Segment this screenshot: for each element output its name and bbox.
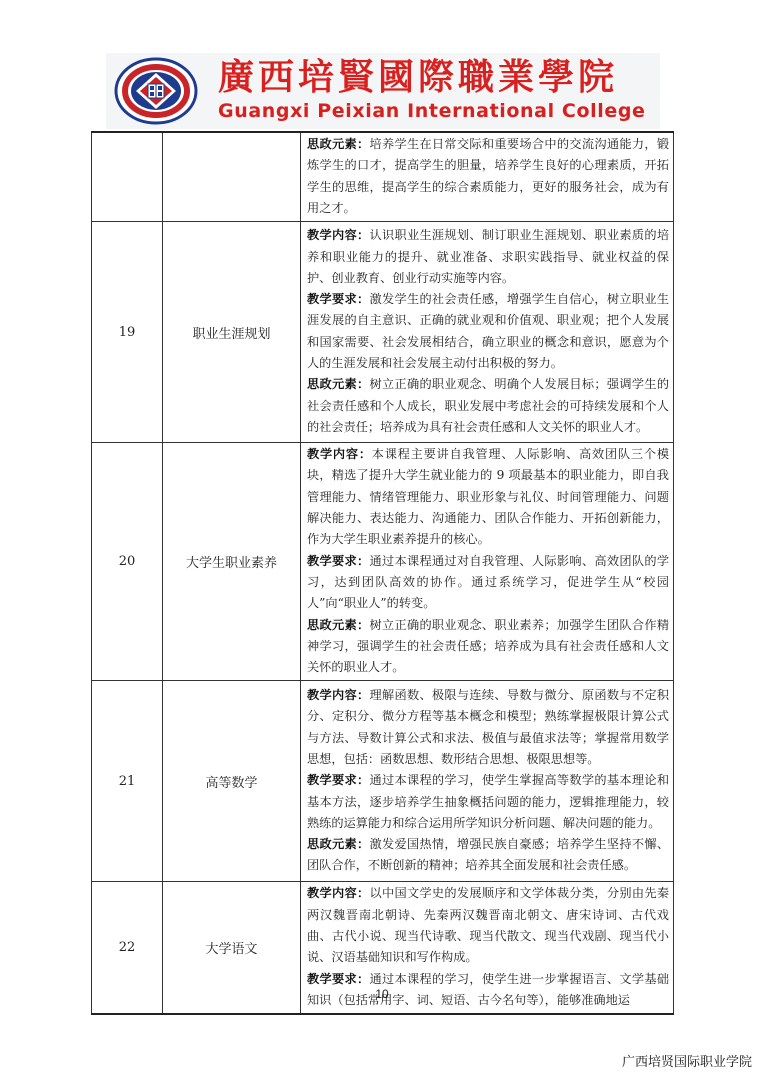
course-name: 高等数学: [163, 681, 301, 882]
section-label: 思政元素：: [307, 618, 369, 632]
course-name: 大学生职业素养: [163, 443, 301, 681]
section-ideology: 思政元素：激发爱国热情，增强民族自豪感；培养学生坚持不懈、团队合作，不断创新的精…: [307, 834, 669, 877]
course-number: 19: [92, 222, 163, 443]
course-description: 教学内容：本课程主要讲自我管理、人际影响、高效团队三个模块，精选了提升大学生就业…: [301, 443, 674, 681]
section-teaching-requirements: 教学要求：激发学生的社会责任感，增强学生自信心，树立职业生涯发展的自主意识、正确…: [307, 289, 669, 374]
section-text: 本课程主要讲自我管理、人际影响、高效团队三个模块，精选了提升大学生就业能力的 9…: [307, 447, 669, 546]
section-label: 教学内容：: [307, 228, 369, 242]
section-label: 思政元素：: [307, 837, 369, 851]
college-name-chinese: 廣西培賢國際職業學院: [218, 57, 618, 97]
college-banner: 廣西培賢國際職業學院 Guangxi Peixian International…: [106, 53, 660, 129]
course-name: [163, 132, 301, 222]
section-teaching-requirements: 教学要求：通过本课程通过对自我管理、人际影响、高效团队的学习，达到团队高效的协作…: [307, 551, 669, 615]
section-label: 教学要求：: [307, 554, 369, 568]
course-name: 职业生涯规划: [163, 222, 301, 443]
section-label: 教学内容：: [307, 886, 369, 900]
course-number: 20: [92, 443, 163, 681]
section-ideology: 思政元素：树立正确的职业观念、明确个人发展目标；强调学生的社会责任感和个人成长，…: [307, 374, 669, 438]
section-teaching-requirements: 教学要求：通过本课程的学习，使学生掌握高等数学的基本理论和基本方法，逐步培养学生…: [307, 770, 669, 834]
table-row: 19 职业生涯规划 教学内容：认识职业生涯规划、制订职业生涯规划、职业素质的培养…: [92, 222, 674, 443]
section-ideology: 思政元素：树立正确的职业观念、职业素养；加强学生团队合作精神学习，强调学生的社会…: [307, 615, 669, 679]
table-row: 20 大学生职业素养 教学内容：本课程主要讲自我管理、人际影响、高效团队三个模块…: [92, 443, 674, 681]
college-emblem-icon: [114, 57, 198, 125]
college-name-english: Guangxi Peixian International College: [218, 99, 646, 123]
section-label: 教学内容：: [307, 688, 369, 702]
section-label: 教学要求：: [307, 972, 369, 986]
table-row: 21 高等数学 教学内容：理解函数、极限与连续、导数与微分、原函数与不定积分、定…: [92, 681, 674, 882]
course-description: 教学内容：理解函数、极限与连续、导数与微分、原函数与不定积分、定积分、微分方程等…: [301, 681, 674, 882]
footer-college-name: 广西培贤国际职业学院: [622, 1051, 752, 1070]
section-label: 教学内容：: [307, 447, 372, 461]
course-number: [92, 132, 163, 222]
section-label: 思政元素：: [307, 137, 369, 151]
section-label: 思政元素：: [307, 377, 369, 391]
course-table: 思政元素：培养学生在日常交际和重要场合中的交流沟通能力，锻炼学生的口才，提高学生…: [91, 131, 674, 1015]
section-teaching-content: 教学内容：以中国文学史的发展顺序和文学体裁分类，分别由先秦两汉魏晋南北朝诗、先秦…: [307, 883, 669, 968]
course-number: 21: [92, 681, 163, 882]
page-number: 10: [0, 987, 764, 1001]
section-teaching-content: 教学内容：认识职业生涯规划、制订职业生涯规划、职业素质的培养和职业能力的提升、就…: [307, 225, 669, 289]
course-description: 教学内容：认识职业生涯规划、制订职业生涯规划、职业素质的培养和职业能力的提升、就…: [301, 222, 674, 443]
section-teaching-content: 教学内容：本课程主要讲自我管理、人际影响、高效团队三个模块，精选了提升大学生就业…: [307, 444, 669, 550]
section-teaching-content: 教学内容：理解函数、极限与连续、导数与微分、原函数与不定积分、定积分、微分方程等…: [307, 685, 669, 770]
course-description: 思政元素：培养学生在日常交际和重要场合中的交流沟通能力，锻炼学生的口才，提高学生…: [301, 132, 674, 222]
table-row: 思政元素：培养学生在日常交际和重要场合中的交流沟通能力，锻炼学生的口才，提高学生…: [92, 132, 674, 222]
section-ideology: 思政元素：培养学生在日常交际和重要场合中的交流沟通能力，锻炼学生的口才，提高学生…: [307, 134, 669, 219]
section-label: 教学要求：: [307, 773, 369, 787]
section-label: 教学要求：: [307, 292, 369, 306]
